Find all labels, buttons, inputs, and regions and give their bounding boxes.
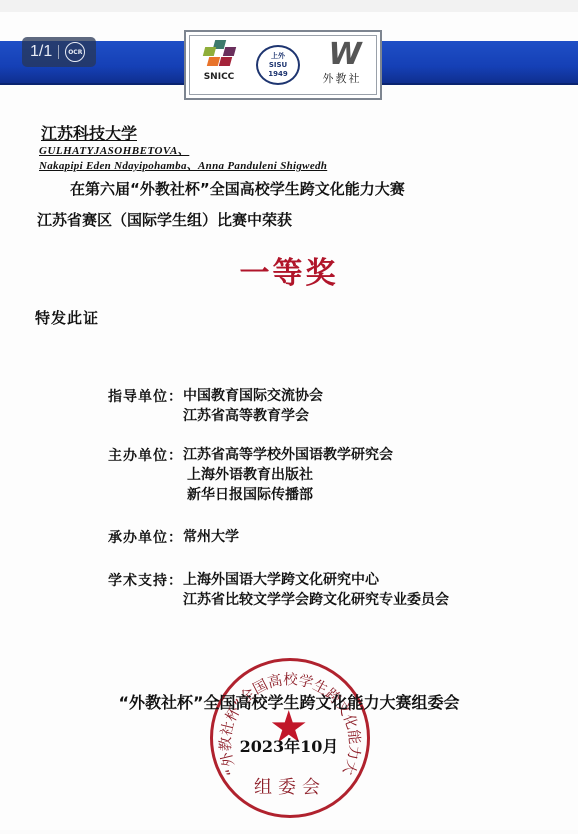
org-label: 主办单位： (103, 445, 183, 505)
logo-plaque: SNICC 上外 SISU 1949 W 外教社 (184, 30, 382, 100)
page-indicator: 1/1 (30, 43, 52, 61)
waijiaoshe-label: 外教社 (314, 70, 370, 86)
emblem-text-year: 1949 (258, 70, 298, 79)
org-label: 承办单位： (103, 527, 183, 547)
org-label: 指导单位： (103, 386, 183, 426)
snicc-label: SNICC (196, 72, 242, 82)
certify-text: 特发此证 (35, 307, 99, 328)
sisu-emblem-logo: 上外 SISU 1949 (256, 45, 300, 85)
org-value: 中国教育国际交流协会 (183, 386, 323, 406)
school-name: 江苏科技大学 (41, 121, 137, 144)
snicc-logo: SNICC (196, 40, 242, 92)
org-value: 江苏省高等学校外国语教学研究会 (183, 445, 393, 465)
seal-bottom-text: 组委会 (213, 773, 367, 799)
emblem-text-mid: SISU (258, 61, 298, 70)
org-guiding: 指导单位： 中国教育国际交流协会 江苏省高等教育学会 (103, 386, 323, 426)
org-value: 新华日报国际传播部 (183, 485, 393, 505)
divider (58, 45, 59, 59)
viewer-top-bar (0, 0, 578, 12)
org-organizer: 承办单位： 常州大学 (103, 527, 239, 547)
issue-date: 2023年10月 (0, 734, 578, 757)
snicc-star-icon (202, 40, 236, 68)
award-title: 一等奖 (0, 248, 578, 292)
org-value: 江苏省比较文学学会跨文化研究专业委员会 (183, 590, 449, 610)
recipient-names-line2: Nakapipi Eden Ndayipohamba、Anna Pandulen… (39, 157, 327, 173)
org-value: 江苏省高等教育学会 (183, 406, 323, 426)
w-mark-icon: W (314, 40, 370, 70)
page-indicator-badge[interactable]: 1/1 OCR (22, 37, 96, 67)
emblem-text-top: 上外 (258, 52, 298, 61)
org-academic-support: 学术支持： 上海外国语大学跨文化研究中心 江苏省比较文学学会跨文化研究专业委员会 (103, 570, 449, 610)
org-value: 上海外语教育出版社 (183, 465, 393, 485)
body-text-line1: 在第六届“外教社杯”全国高校学生跨文化能力大赛 (70, 178, 405, 199)
ocr-icon[interactable]: OCR (65, 42, 85, 62)
committee-signature: “外教社杯”全国高校学生跨文化能力大赛组委会 (0, 690, 578, 713)
org-label: 学术支持： (103, 570, 183, 610)
recipient-names-line1: GULHATYJASOHBETOVA、 (39, 142, 189, 158)
body-text-line2: 江苏省赛区（国际学生组）比赛中荣获 (37, 209, 292, 230)
org-value: 上海外国语大学跨文化研究中心 (183, 570, 449, 590)
org-value: 常州大学 (183, 527, 239, 547)
org-host: 主办单位： 江苏省高等学校外国语教学研究会 上海外语教育出版社 新华日报国际传播… (103, 445, 393, 505)
waijiaoshe-logo: W 外教社 (314, 40, 370, 86)
